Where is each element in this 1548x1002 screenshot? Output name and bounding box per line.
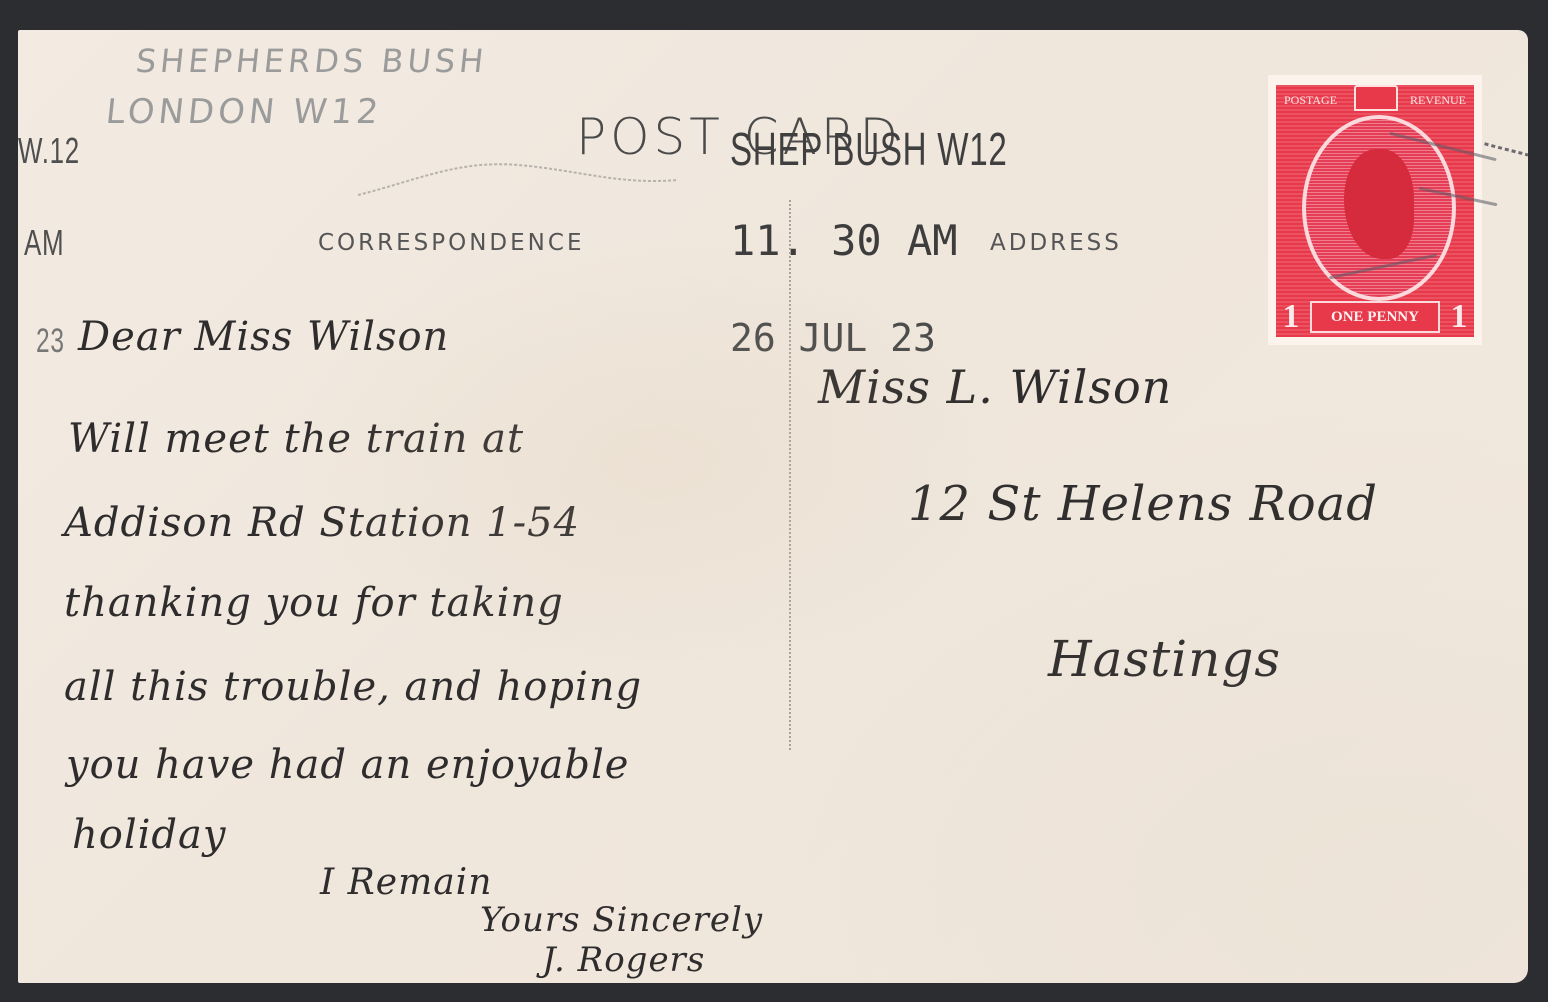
message-line-4: all this trouble, and hoping xyxy=(64,664,642,710)
divider-line xyxy=(789,200,791,750)
stamp-value-right: 1 xyxy=(1444,299,1474,335)
postmark-office: SHEP BUSH W12 xyxy=(730,122,1007,176)
stamp-footer: 1 ONE PENNY 1 xyxy=(1276,297,1474,337)
stamp-postage-label: POSTAGE xyxy=(1284,93,1337,108)
postmark-left-office: W.12 xyxy=(18,130,80,172)
message-closing-1: I Remain xyxy=(320,862,492,903)
stamp-face: POSTAGE REVENUE 1 ONE PENNY 1 xyxy=(1276,85,1474,337)
message-line-6: holiday xyxy=(72,812,226,858)
postmark-date: 26 JUL 23 xyxy=(730,316,936,360)
pencil-note-line2: LONDON W12 xyxy=(104,92,384,132)
message-line-3: thanking you for taking xyxy=(64,580,564,626)
message-line-1: Will meet the train at xyxy=(68,416,524,462)
stamp-denomination: ONE PENNY xyxy=(1310,301,1440,333)
pencil-note-line1: SHEPHERDS BUSH xyxy=(134,42,489,80)
postcard-back: SHEPHERDS BUSH LONDON W12 W.12 AM 23 POS… xyxy=(18,30,1528,983)
message-line-2: Addison Rd Station 1-54 xyxy=(64,500,580,546)
address-town: Hastings xyxy=(1048,630,1281,688)
stamp-revenue-label: REVENUE xyxy=(1410,93,1466,108)
crown-icon xyxy=(1354,85,1398,111)
correspondence-label: CORRESPONDENCE xyxy=(318,230,584,256)
king-portrait-icon xyxy=(1344,149,1414,259)
message-closing-2: Yours Sincerely xyxy=(480,900,763,940)
address-label: ADDRESS xyxy=(990,230,1122,256)
address-street: 12 St Helens Road xyxy=(908,476,1378,532)
postmark-left-date: 23 xyxy=(36,322,65,361)
postmark-time: 11. 30 AM xyxy=(730,216,958,265)
message-signature: J. Rogers xyxy=(542,940,705,980)
postmark-left-time: AM xyxy=(24,222,64,264)
stamp-value-left: 1 xyxy=(1276,299,1306,335)
address-name: Miss L. Wilson xyxy=(818,360,1172,414)
message-line-5: you have had an enjoyable xyxy=(66,742,629,788)
message-salutation: Dear Miss Wilson xyxy=(78,314,449,360)
postage-stamp: POSTAGE REVENUE 1 ONE PENNY 1 xyxy=(1268,75,1482,345)
